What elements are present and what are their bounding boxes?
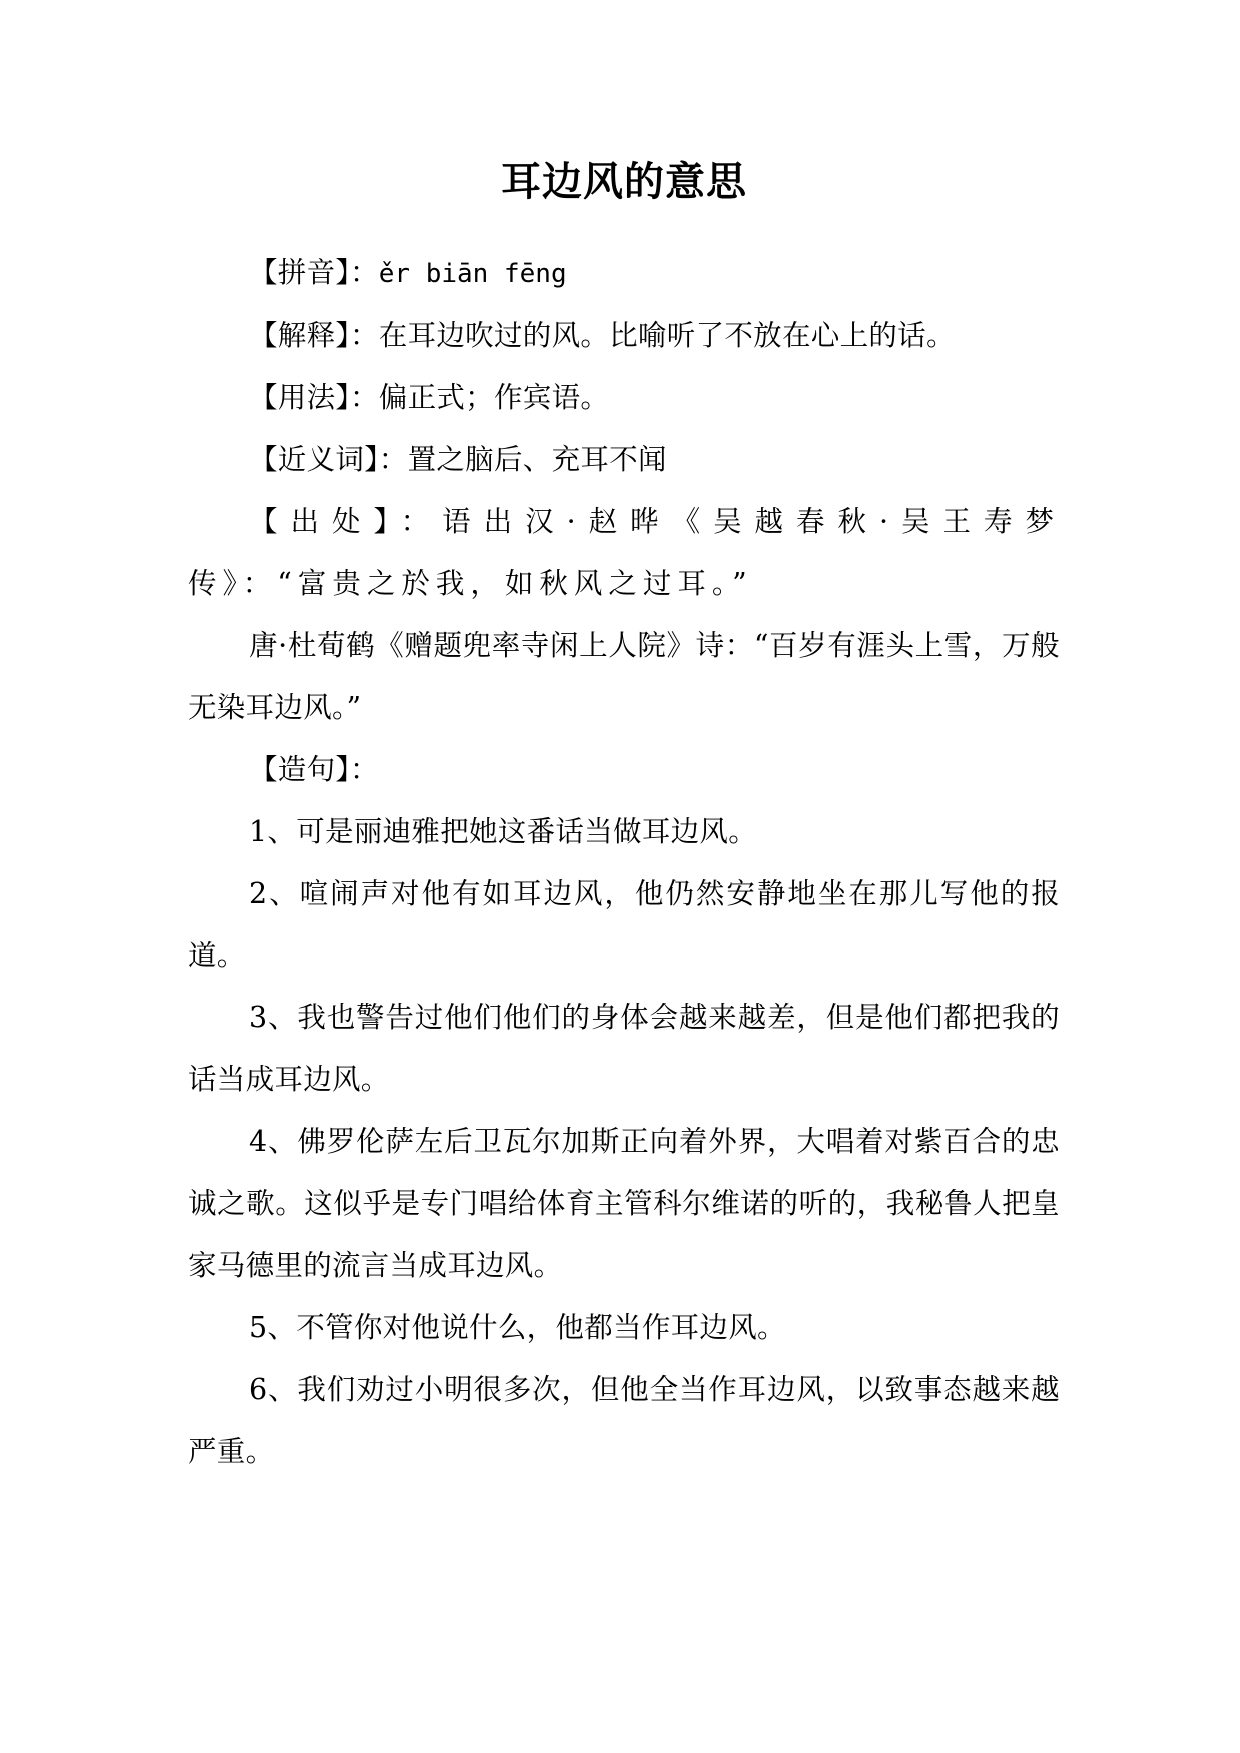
usage-value: 偏正式；作宾语。: [379, 381, 609, 414]
pinyin-label: 【拼音】：: [249, 256, 379, 289]
document-title: 耳边风的意思: [188, 158, 1060, 206]
pinyin-value: ěr biān fēng: [379, 259, 567, 289]
example-item-4: 4、佛罗伦萨左后卫瓦尔加斯正向着外界，大唱着对紫百合的忠诚之歌。这似乎是专门唱给…: [188, 1111, 1060, 1297]
usage-paragraph: 【用法】：偏正式；作宾语。: [188, 367, 1060, 429]
explanation-value: 在耳边吹过的风。比喻听了不放在心上的话。: [379, 319, 955, 352]
source-label: 【出处】：: [249, 505, 442, 538]
example-item-2: 2、喧闹声对他有如耳边风，他仍然安静地坐在那儿写他的报道。: [188, 863, 1060, 987]
example-item-1: 1、可是丽迪雅把她这番话当做耳边风。: [188, 801, 1060, 863]
source-paragraph: 【出处】：语出汉·赵晔《吴越春秋·吴王寿梦传》：“富贵之於我，如秋风之过耳。”: [188, 491, 1060, 615]
document-body: 【拼音】：ěr biān fēng 【解释】：在耳边吹过的风。比喻听了不放在心上…: [188, 242, 1060, 1483]
explanation-paragraph: 【解释】：在耳边吹过的风。比喻听了不放在心上的话。: [188, 305, 1060, 367]
synonyms-label: 【近义词】：: [249, 443, 408, 476]
usage-label: 【用法】：: [249, 381, 379, 414]
explanation-label: 【解释】：: [249, 319, 379, 352]
example-item-6: 6、我们劝过小明很多次，但他全当作耳边风，以致事态越来越严重。: [188, 1359, 1060, 1483]
example-item-3: 3、我也警告过他们他们的身体会越来越差，但是他们都把我的话当成耳边风。: [188, 987, 1060, 1111]
example-item-5: 5、不管你对他说什么，他都当作耳边风。: [188, 1297, 1060, 1359]
synonyms-value: 置之脑后、充耳不闻: [408, 443, 667, 476]
examples-label: 【造句】：: [188, 739, 1060, 801]
source-extra-paragraph: 唐·杜荀鹤《赠题兜率寺闲上人院》诗：“百岁有涯头上雪，万般无染耳边风。”: [188, 615, 1060, 739]
pinyin-paragraph: 【拼音】：ěr biān fēng: [188, 242, 1060, 305]
synonyms-paragraph: 【近义词】：置之脑后、充耳不闻: [188, 429, 1060, 491]
